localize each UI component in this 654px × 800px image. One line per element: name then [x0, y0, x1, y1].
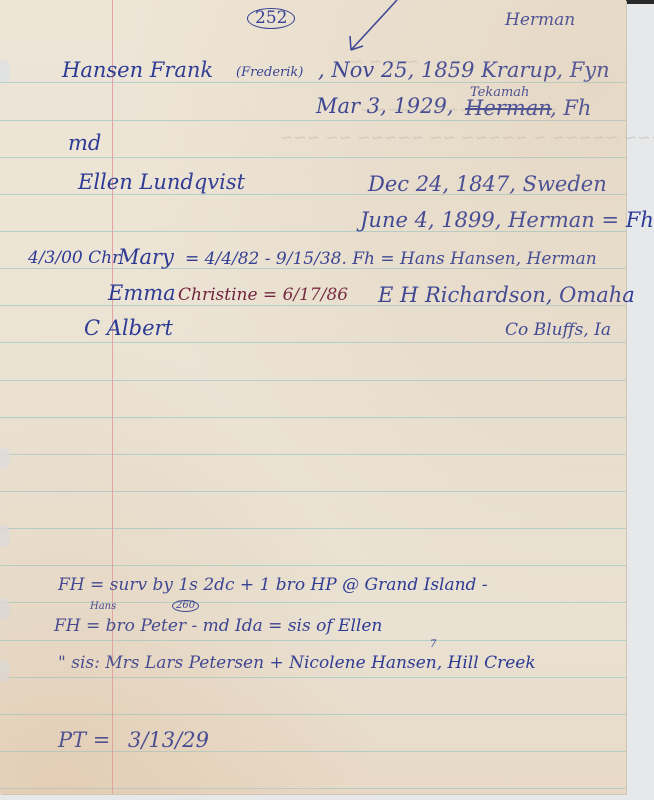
binder-tear [0, 525, 10, 547]
spouse-birth: Dec 24, 1847, Sweden [368, 174, 607, 195]
scanner-edge-strip [626, 0, 654, 4]
note-line: FH = bro Peter - md Ida = sis of Ellen [54, 618, 382, 635]
binder-tear [0, 660, 10, 682]
spouse-name: Ellen Lundqvist [78, 172, 245, 193]
child-name: Emma [108, 283, 176, 304]
child-name: C Albert [84, 318, 173, 339]
source-label: PT = [58, 730, 110, 751]
note-annotation: 7 [430, 640, 436, 650]
note-line: FH = surv by 1s 2dc + 1 bro HP @ Grand I… [58, 577, 488, 594]
subject-birth: , Nov 25, 1859 Krarup, Fyn [318, 60, 610, 81]
ruled-line [0, 342, 626, 343]
ruled-line [0, 491, 626, 492]
source-date: 3/13/29 [128, 730, 209, 751]
bleed-through-text: ~~~~~ ~~~~~ ~ ~~~~~ ~~ ~~~~~ ~~ ~~~ [280, 128, 654, 147]
ruled-line [0, 380, 626, 381]
ruled-paper-sheet: ~ ~ ~ ~ ~~~~ ~~~~~~ ~~~~ ~~~~~ ~~~~~ ~ ~… [0, 0, 626, 794]
ruled-line [0, 677, 626, 678]
subject-death-date: Mar 3, 1929, [316, 96, 454, 117]
marriage-date: June 4, 1899, Herman = Fh [360, 210, 654, 231]
marriage-label: md [68, 133, 101, 154]
note-circled-ref: 260 [172, 600, 199, 612]
ruled-line [0, 565, 626, 566]
note-annotation: Hans [90, 602, 116, 612]
ruled-line [0, 454, 626, 455]
child-spouse: Co Bluffs, Ia [505, 322, 611, 339]
ruled-line [0, 157, 626, 158]
ruled-line [0, 528, 626, 529]
child-detail-red: Christine = 6/17/86 [178, 287, 348, 304]
binder-tear [0, 447, 10, 469]
binder-tear [0, 598, 10, 620]
ruled-line [0, 714, 626, 715]
binder-tear [0, 60, 10, 82]
top-place-label: Herman [505, 12, 575, 29]
children-prefix: 4/3/00 Chr [28, 250, 120, 267]
arrow-down-left-icon [345, 0, 405, 56]
note-line: " sis: Mrs Lars Petersen + Nicolene Hans… [58, 655, 536, 672]
death-suffix: , Fh [550, 98, 591, 119]
child-spouse: E H Richardson, Omaha [378, 285, 635, 306]
death-place-struck: Herman [465, 98, 552, 119]
ruled-line [0, 82, 626, 83]
ruled-line [0, 640, 626, 641]
ruled-line [0, 417, 626, 418]
subject-name: Hansen Frank [62, 60, 213, 81]
page-number: 252 [247, 8, 295, 29]
subject-alt-name: (Frederik) [236, 66, 303, 79]
red-margin-line [112, 0, 113, 794]
ruled-line [0, 788, 626, 789]
ruled-line [0, 120, 626, 121]
child-name: Mary [118, 247, 174, 268]
child-detail: = 4/4/82 - 9/15/38. Fh = Hans Hansen, He… [185, 251, 597, 268]
